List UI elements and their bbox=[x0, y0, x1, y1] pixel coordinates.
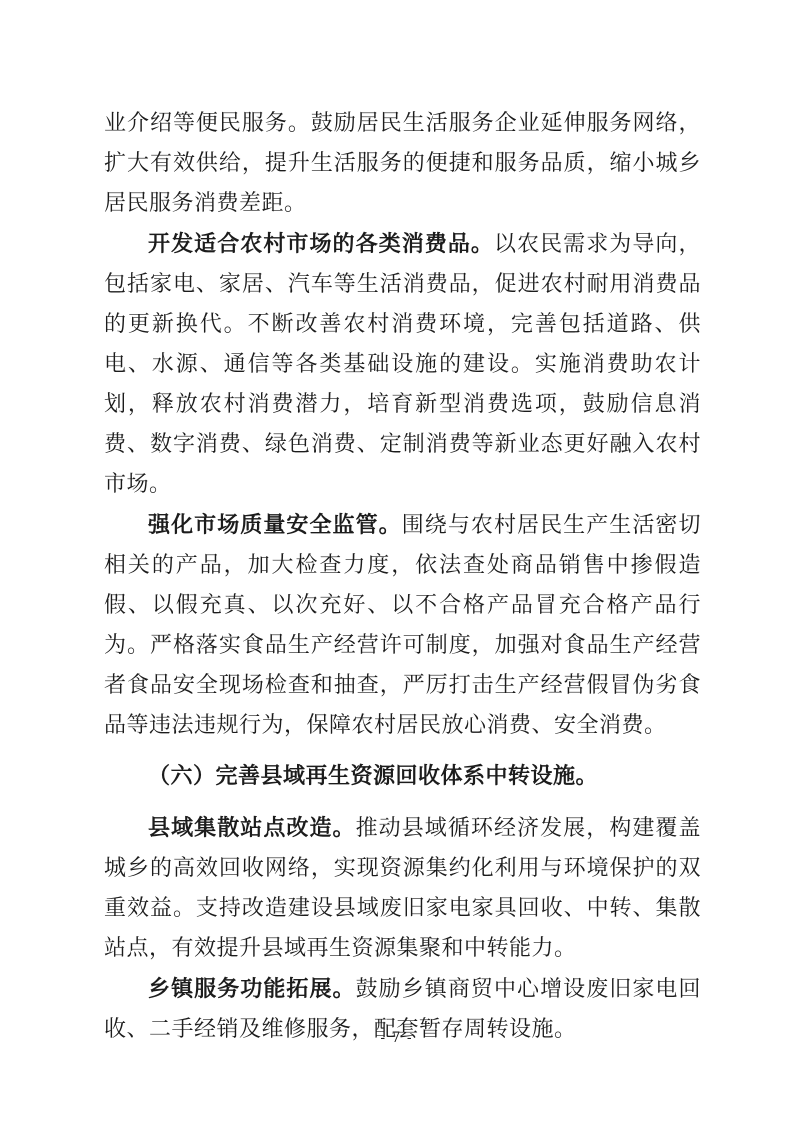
document-page: 业介绍等便民服务。鼓励居民生活服务企业延伸服务网络，扩大有效供给，提升生活服务的… bbox=[0, 0, 793, 1122]
paragraph-lead-bold: 开发适合农村市场的各类消费品。 bbox=[148, 231, 494, 257]
paragraph-continuation: 业介绍等便民服务。鼓励居民生活服务企业延伸服务网络，扩大有效供给，提升生活服务的… bbox=[104, 104, 701, 224]
paragraph-text: 业介绍等便民服务。鼓励居民生活服务企业延伸服务网络，扩大有效供给，提升生活服务的… bbox=[104, 111, 701, 216]
document-body: 业介绍等便民服务。鼓励居民生活服务企业延伸服务网络，扩大有效供给，提升生活服务的… bbox=[104, 104, 701, 1050]
paragraph-market-quality-supervision: 强化市场质量安全监管。围绕与农村居民生产生活密切相关的产品，加大检查力度，依法查… bbox=[104, 505, 701, 746]
section-heading-six: （六）完善县域再生资源回收体系中转设施。 bbox=[104, 756, 701, 796]
paragraph-lead-bold: 乡镇服务功能拓展。 bbox=[148, 976, 356, 1002]
paragraph-develop-consumer-goods: 开发适合农村市场的各类消费品。以农民需求为导向，包括家电、家居、汽车等生活消费品… bbox=[104, 224, 701, 505]
paragraph-text: 围绕与农村居民生产生活密切相关的产品，加大检查力度，依法查处商品销售中掺假造假、… bbox=[104, 513, 701, 738]
paragraph-lead-bold: 强化市场质量安全监管。 bbox=[148, 512, 402, 538]
paragraph-text: 以农民需求为导向，包括家电、家居、汽车等生活消费品，促进农村耐用消费品的更新换代… bbox=[104, 232, 701, 497]
page-number: - 7 - bbox=[0, 1030, 793, 1046]
paragraph-county-collection-stations: 县域集散站点改造。推动县域循环经济发展，构建覆盖城乡的高效回收网络，实现资源集约… bbox=[104, 808, 701, 969]
paragraph-lead-bold: 县域集散站点改造。 bbox=[148, 815, 356, 841]
